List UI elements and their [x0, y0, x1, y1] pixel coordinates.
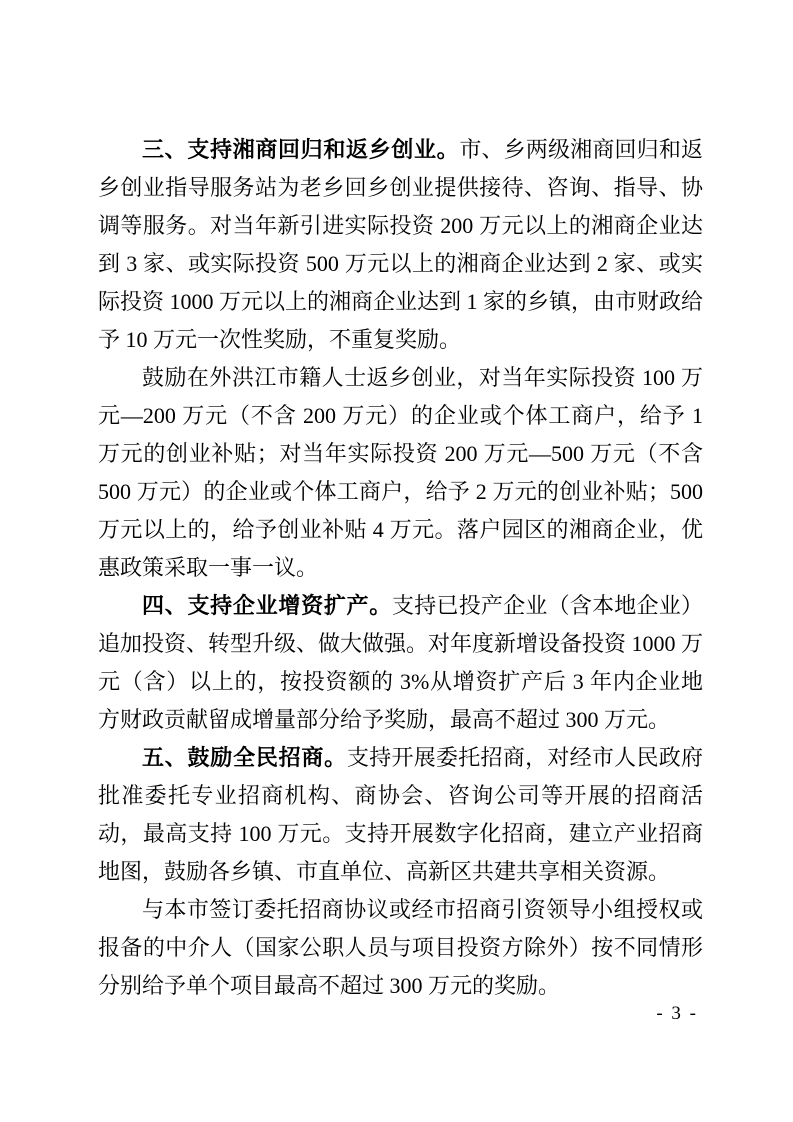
section-3-body: 市、乡两级湘商回归和返乡创业指导服务站为老乡回乡创业提供接待、咨询、指导、协调等…: [98, 137, 703, 352]
section-5-subparagraph: 与本市签订委托招商协议或经市招商引资领导小组授权或报备的中介人（国家公职人员与项…: [98, 891, 703, 1005]
section-3-subparagraph-body: 鼓励在外洪江市籍人士返乡创业，对当年实际投资 100 万元—200 万元（不含 …: [98, 365, 703, 580]
section-5-subparagraph-body: 与本市签订委托招商协议或经市招商引资领导小组授权或报备的中介人（国家公职人员与项…: [98, 897, 703, 998]
section-3-heading: 三、支持湘商回归和返乡创业。: [142, 137, 459, 162]
section-5-heading: 五、鼓励全民招商。: [142, 745, 347, 770]
page-number: - 3 -: [656, 1000, 698, 1028]
section-3-subparagraph: 鼓励在外洪江市籍人士返乡创业，对当年实际投资 100 万元—200 万元（不含 …: [98, 359, 703, 587]
section-4-heading: 四、支持企业增资扩产。: [142, 593, 392, 618]
document-body: 三、支持湘商回归和返乡创业。市、乡两级湘商回归和返乡创业指导服务站为老乡回乡创业…: [98, 131, 703, 1005]
section-5-paragraph: 五、鼓励全民招商。支持开展委托招商，对经市人民政府批准委托专业招商机构、商协会、…: [98, 739, 703, 891]
section-3-paragraph: 三、支持湘商回归和返乡创业。市、乡两级湘商回归和返乡创业指导服务站为老乡回乡创业…: [98, 131, 703, 359]
section-4-paragraph: 四、支持企业增资扩产。支持已投产企业（含本地企业）追加投资、转型升级、做大做强。…: [98, 587, 703, 739]
document-page: 三、支持湘商回归和返乡创业。市、乡两级湘商回归和返乡创业指导服务站为老乡回乡创业…: [0, 0, 793, 1122]
